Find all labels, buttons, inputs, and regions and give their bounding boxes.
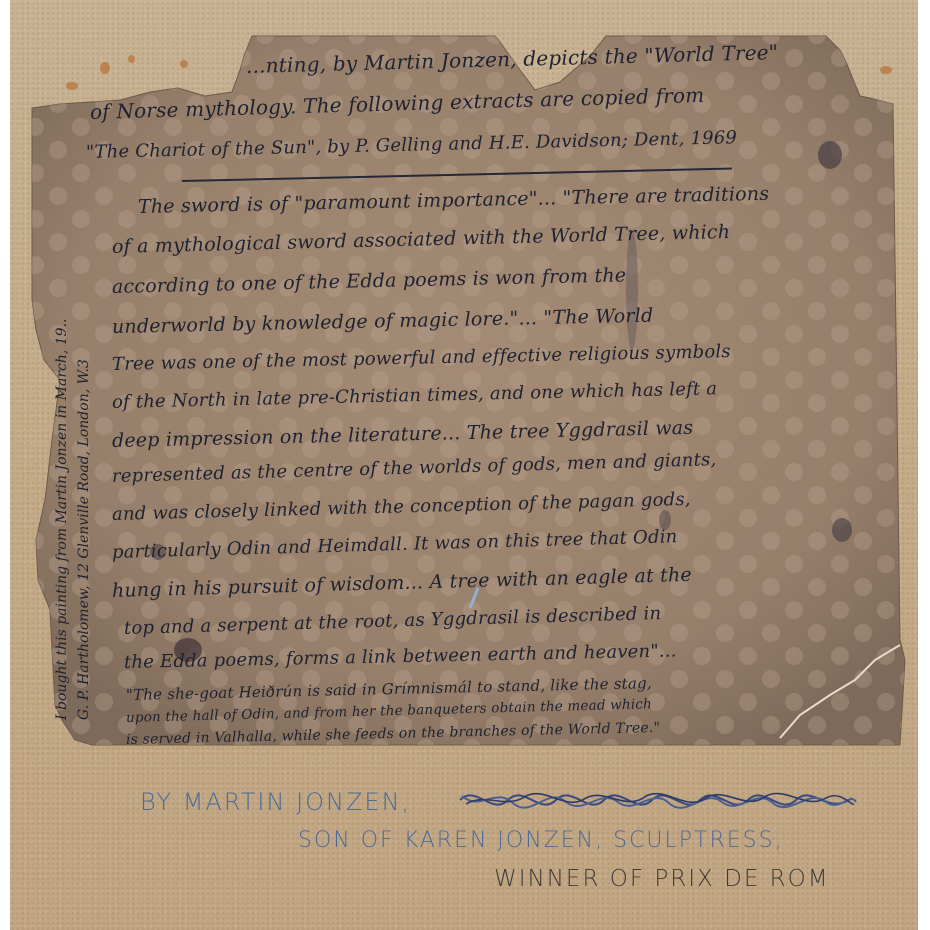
- margin-note-1: I bought this painting from Martin Jonze…: [54, 319, 70, 720]
- scribbled-out-text: [456, 782, 858, 818]
- margin-note-2: G. P. Hartholomew, 12 Glenville Road, Lo…: [76, 359, 92, 720]
- pencil-note-line-1: BY MARTIN JONZEN,: [140, 788, 411, 816]
- pencil-note-line-3: WINNER OF PRIX DE ROM: [494, 866, 830, 892]
- pencil-note-line-2: SON OF KAREN JONZEN, SCULPTRESS,: [298, 828, 784, 853]
